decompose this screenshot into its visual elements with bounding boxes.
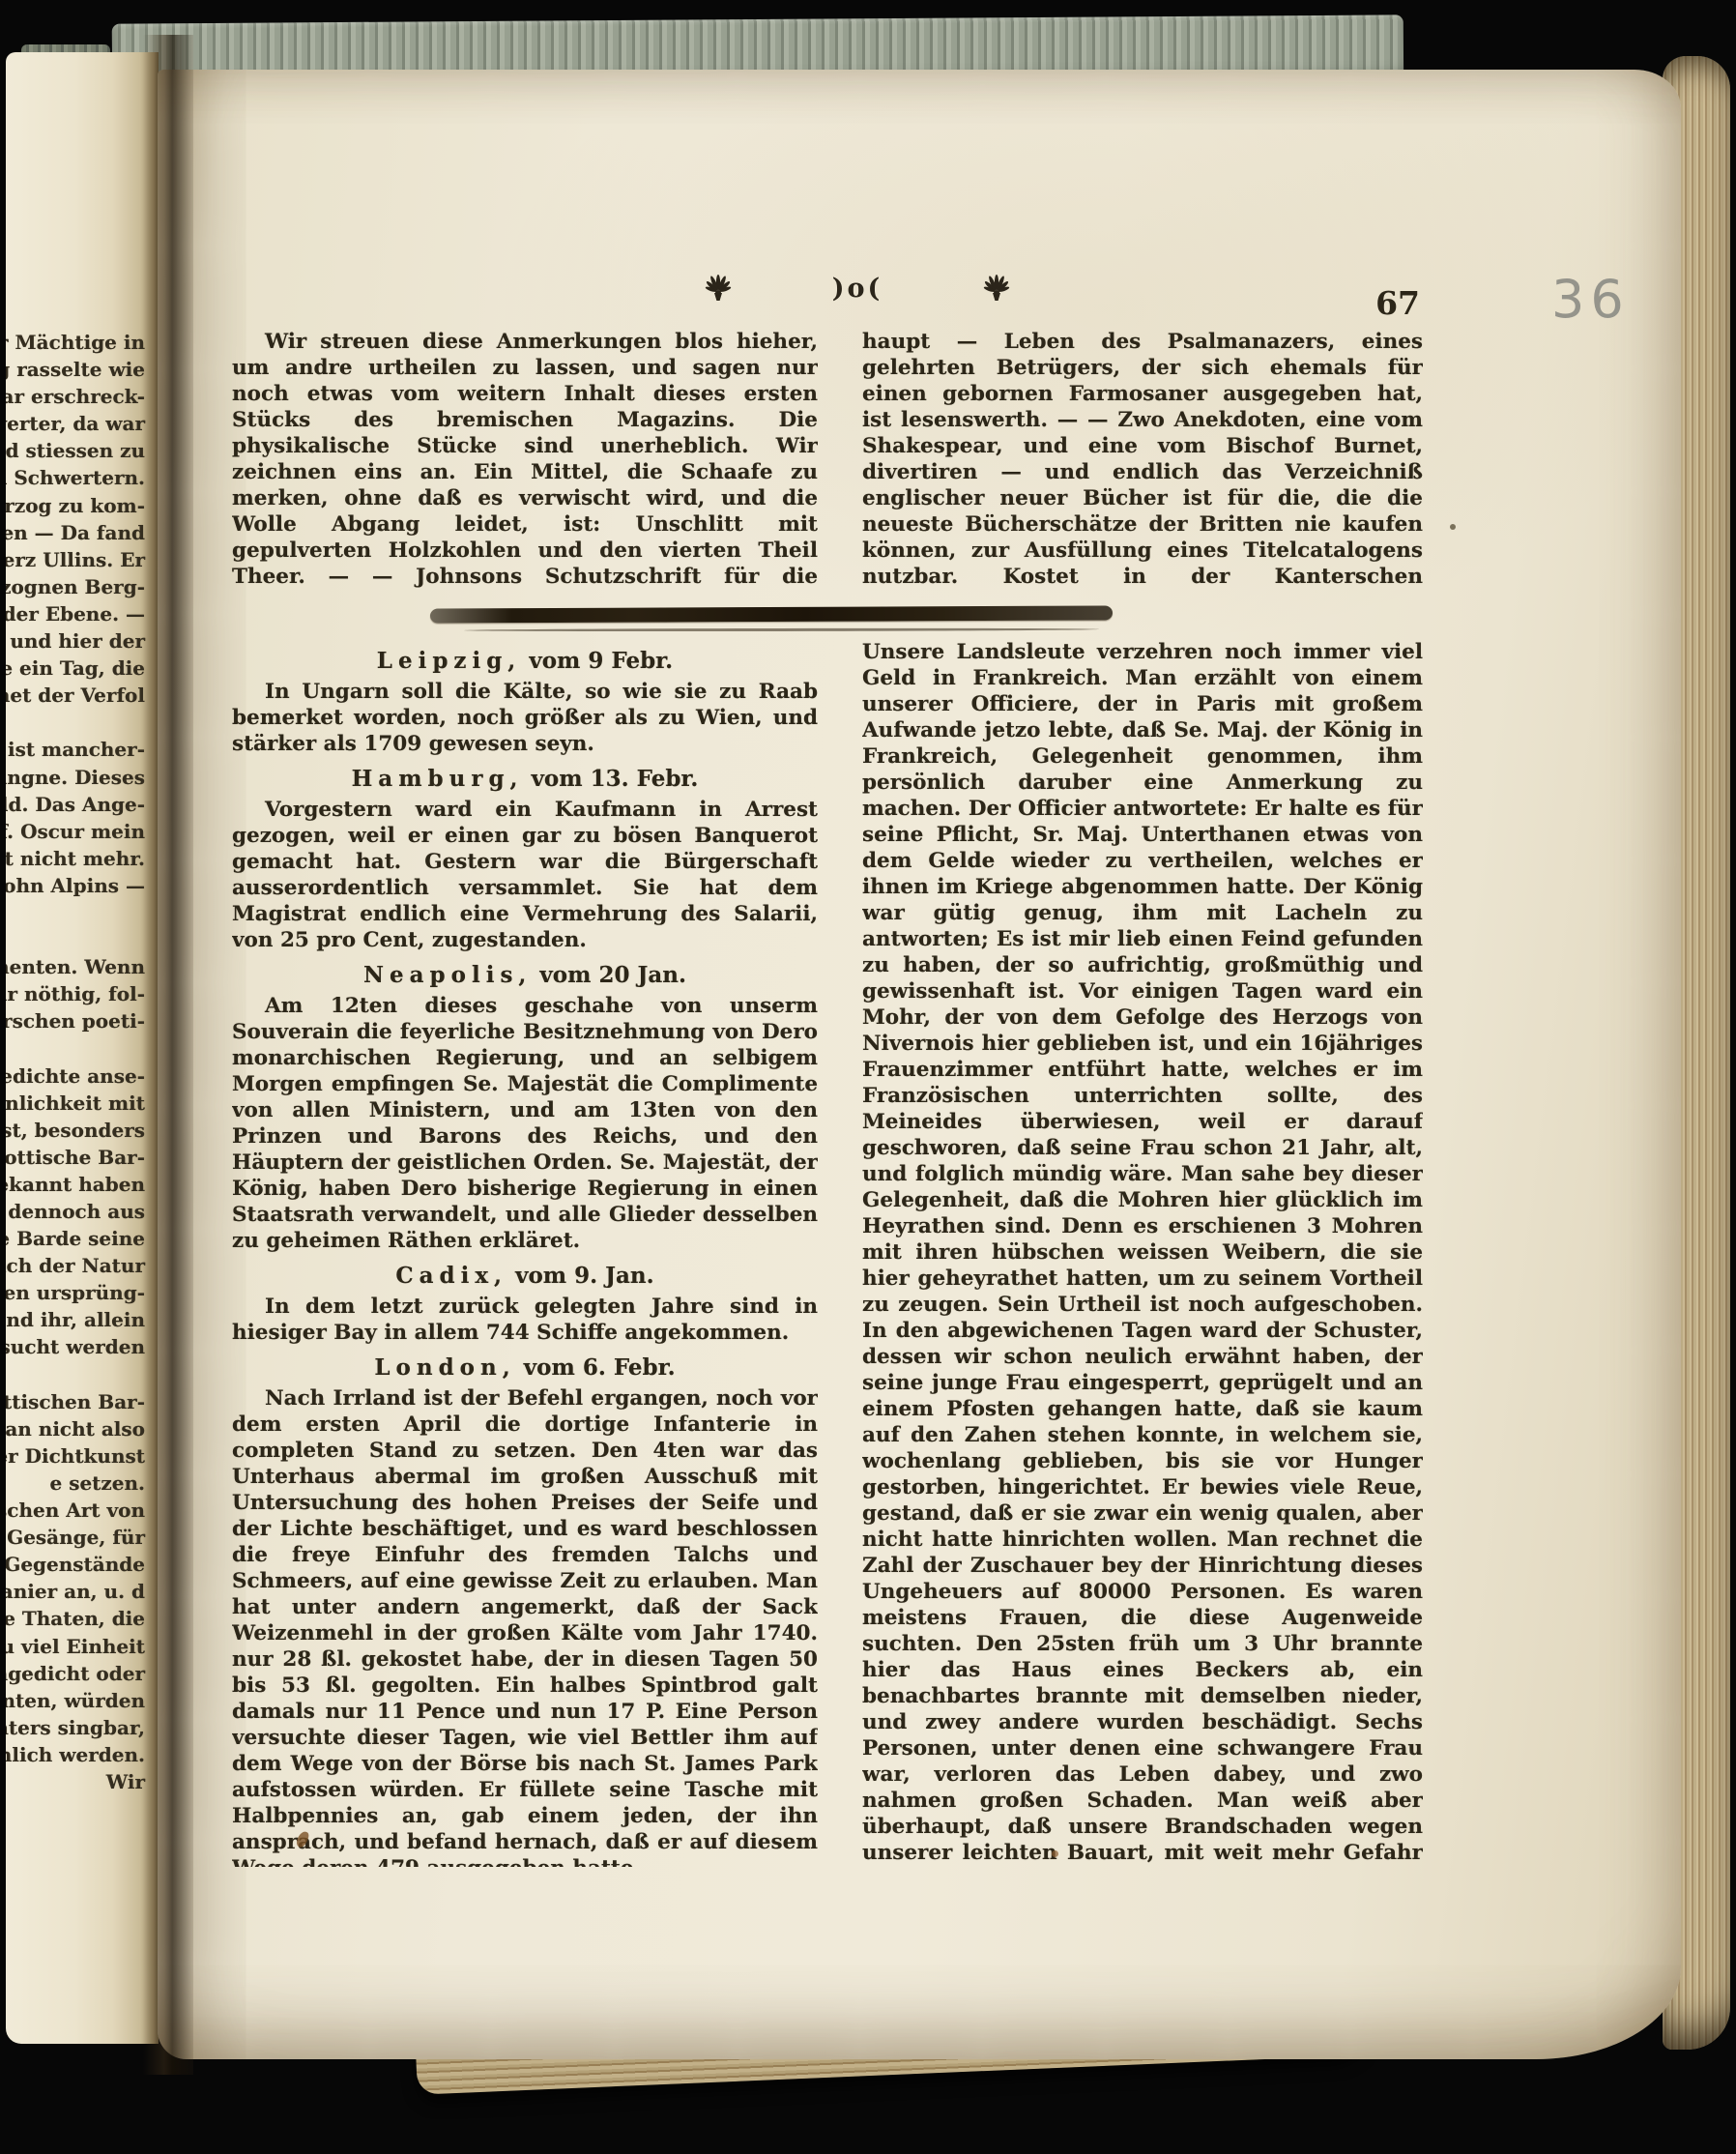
section-divider bbox=[430, 607, 1113, 622]
news-item-neapolis: Neapolis, vom 20 Jan. Am 12ten dieses ge… bbox=[232, 962, 818, 1254]
journal-page: )o( 67 36 bbox=[158, 70, 1681, 2059]
palmette-ornament-icon bbox=[702, 273, 735, 304]
header-ornaments: )o( bbox=[702, 273, 1013, 304]
news-section: Leipzig, vom 9 Febr. In Ungarn soll die … bbox=[232, 639, 1423, 1867]
dateline-city: London, bbox=[374, 1354, 515, 1381]
news-item-leipzig: Leipzig, vom 9 Febr. In Ungarn soll die … bbox=[232, 648, 818, 757]
paragraph: haupt — Leben des Psalmanazers, eines ge… bbox=[862, 329, 1423, 592]
paragraph: In dem letzt zurück gelegten Jahre sind … bbox=[232, 1294, 818, 1346]
paper-fleck bbox=[1450, 524, 1456, 530]
dateline-date: vom 9. Jan. bbox=[515, 1263, 654, 1289]
review-column-right: haupt — Leben des Psalmanazers, eines ge… bbox=[862, 329, 1423, 592]
paragraph: Am 12ten dieses geschahe von unserm Souv… bbox=[232, 993, 818, 1254]
text-block: Wir streuen diese Anmerkungen blos hiehe… bbox=[232, 329, 1423, 1867]
palmette-ornament-icon bbox=[980, 273, 1013, 304]
section-heading: Hamburg, vom 13. Febr. bbox=[232, 766, 818, 792]
news-item-london: London, vom 6. Febr. Nach Irrland ist de… bbox=[232, 1354, 818, 1867]
review-section: Wir streuen diese Anmerkungen blos hiehe… bbox=[232, 329, 1423, 592]
dateline-city: Leipzig, bbox=[377, 648, 522, 674]
dateline-city: Neapolis, bbox=[363, 962, 532, 988]
paragraph: Nach Irrland ist der Befehl ergangen, no… bbox=[232, 1385, 818, 1867]
page-number: 67 bbox=[1296, 284, 1420, 322]
paragraph: Wir streuen diese Anmerkungen blos hiehe… bbox=[232, 329, 818, 592]
paragraph: In Ungarn soll die Kälte, so wie sie zu … bbox=[232, 679, 818, 757]
paper-fleck bbox=[1052, 1850, 1058, 1857]
section-heading: Cadix, vom 9. Jan. bbox=[232, 1263, 818, 1289]
dateline-date: vom 9 Febr. bbox=[529, 648, 673, 674]
news-item-hamburg: Hamburg, vom 13. Febr. Vorgestern ward e… bbox=[232, 766, 818, 953]
section-heading: Neapolis, vom 20 Jan. bbox=[232, 962, 818, 988]
news-item-cadix: Cadix, vom 9. Jan. In dem letzt zurück g… bbox=[232, 1263, 818, 1346]
section-heading: London, vom 6. Febr. bbox=[232, 1354, 818, 1381]
dateline-city: Hamburg, bbox=[352, 766, 524, 792]
book-scan: der Mächtige in tung rasselte wie gen wa… bbox=[0, 0, 1736, 2154]
facing-page-edge: der Mächtige in tung rasselte wie gen wa… bbox=[6, 52, 159, 2044]
section-heading: Leipzig, vom 9 Febr. bbox=[232, 648, 818, 674]
dateline-date: vom 6. Febr. bbox=[524, 1354, 676, 1381]
dateline-date: vom 20 Jan. bbox=[539, 962, 686, 988]
news-column-left: Leipzig, vom 9 Febr. In Ungarn soll die … bbox=[232, 639, 818, 1867]
review-column-left: Wir streuen diese Anmerkungen blos hiehe… bbox=[232, 329, 818, 592]
paragraph: Vorgestern ward ein Kaufmann in Arrest g… bbox=[232, 797, 818, 953]
news-column-right: Unsere Landsleute verzehren noch immer v… bbox=[862, 639, 1423, 1867]
dateline-city: Cadix, bbox=[395, 1263, 507, 1289]
archive-stamp-number: 36 bbox=[1551, 269, 1630, 330]
facing-page-text: der Mächtige in tung rasselte wie gen wa… bbox=[6, 329, 145, 1795]
paragraph: Unsere Landsleute verzehren noch immer v… bbox=[862, 639, 1423, 1867]
dateline-date: vom 13. Febr. bbox=[532, 766, 699, 792]
printers-rule bbox=[430, 605, 1113, 623]
header-separator: )o( bbox=[832, 274, 883, 304]
